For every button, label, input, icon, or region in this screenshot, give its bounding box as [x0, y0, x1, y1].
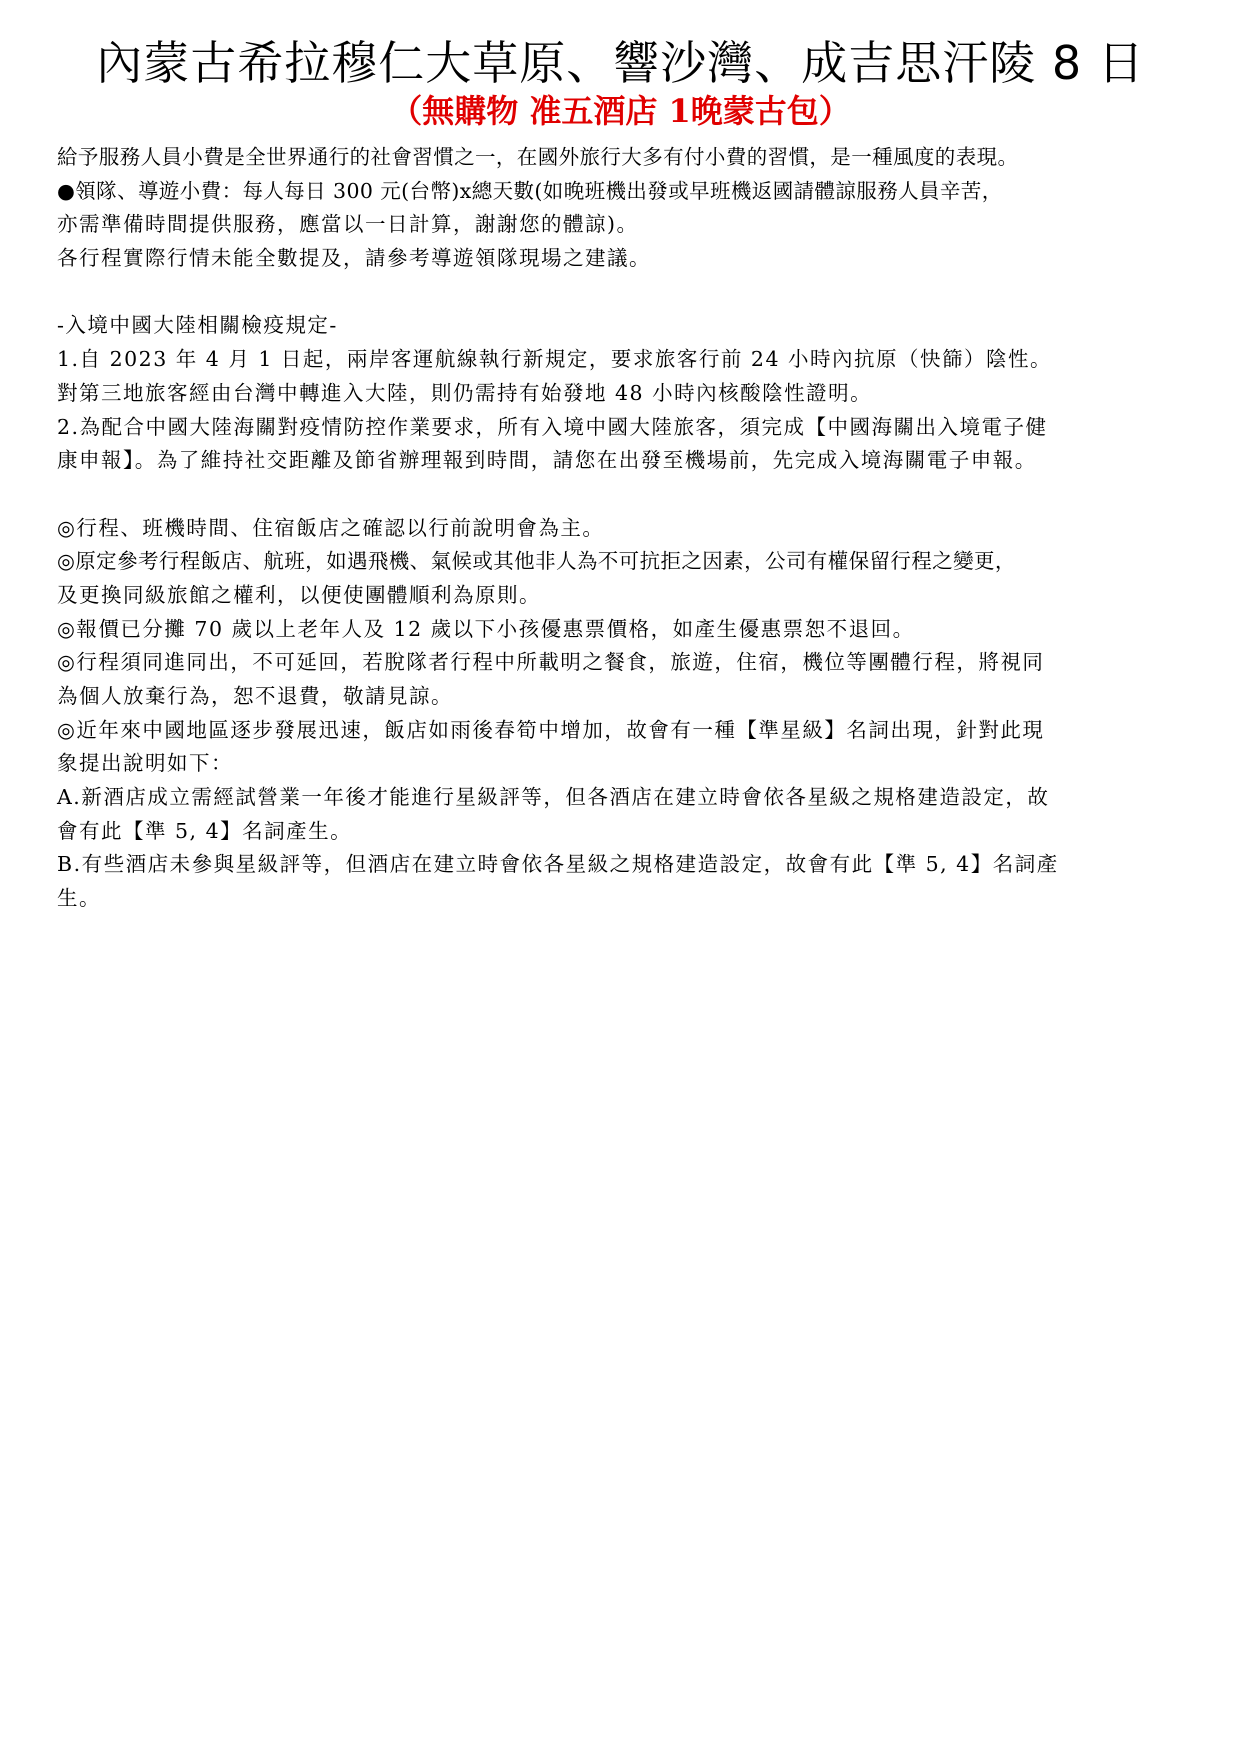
note-line: ◎行程須同進同出，不可延回，若脫隊者行程中所載明之餐食，旅遊，住宿，機位等團體行… — [57, 646, 1061, 680]
note-line: 生。 — [57, 882, 1061, 916]
document-body: 給予服務人員小費是全世界通行的社會習慣之一，在國外旅行大多有付小費的習慣，是一種… — [57, 141, 1061, 916]
tipping-line: 給予服務人員小費是全世界通行的社會習慣之一，在國外旅行大多有付小費的習慣，是一種… — [57, 141, 1061, 175]
note-line: 象提出說明如下： — [57, 747, 1061, 781]
tipping-line: 亦需準備時間提供服務，應當以一日計算，謝謝您的體諒)。 — [57, 208, 1061, 242]
note-line: 為個人放棄行為，恕不退費，敬請見諒。 — [57, 680, 1061, 714]
notes-section: ◎行程、班機時間、住宿飯店之確認以行前說明會為主。 ◎原定參考行程飯店、航班，如… — [57, 512, 1061, 916]
tipping-line: 各行程實際行情未能全數提及，請參考導遊領隊現場之建議。 — [57, 242, 1061, 276]
spacer — [57, 478, 1061, 512]
note-line: ◎原定參考行程飯店、航班，如遇飛機、氣候或其他非人為不可抗拒之因素，公司有權保留… — [57, 545, 1061, 579]
page-title: 內蒙古希拉穆仁大草原、響沙灣、成吉思汗陵 8 日 — [0, 36, 1241, 90]
note-line: ◎行程、班機時間、住宿飯店之確認以行前說明會為主。 — [57, 512, 1061, 546]
note-line: 及更換同級旅館之權利，以便使團體順利為原則。 — [57, 579, 1061, 613]
quarantine-line: 1.自 2023 年 4 月 1 日起，兩岸客運航線執行新規定，要求旅客行前 2… — [57, 343, 1061, 377]
quarantine-line: 康申報】。為了維持社交距離及節省辦理報到時間，請您在出發至機場前，先完成入境海關… — [57, 444, 1061, 478]
section-heading: -入境中國大陸相關檢疫規定- — [57, 309, 1061, 343]
quarantine-section: -入境中國大陸相關檢疫規定- 1.自 2023 年 4 月 1 日起，兩岸客運航… — [57, 309, 1061, 477]
note-line: B.有些酒店未參與星級評等，但酒店在建立時會依各星級之規格建造設定，故會有此【準… — [57, 848, 1061, 882]
spacer — [57, 276, 1061, 310]
tipping-line: ●領隊、導遊小費：每人每日 300 元(台幣)x總天數(如晚班機出發或早班機返國… — [57, 175, 1061, 209]
tipping-section: 給予服務人員小費是全世界通行的社會習慣之一，在國外旅行大多有付小費的習慣，是一種… — [57, 141, 1061, 276]
note-line: ◎近年來中國地區逐步發展迅速，飯店如雨後春筍中增加，故會有一種【準星級】名詞出現… — [57, 714, 1061, 748]
note-line: A.新酒店成立需經試營業一年後才能進行星級評等，但各酒店在建立時會依各星級之規格… — [57, 781, 1061, 815]
document-page: 內蒙古希拉穆仁大草原、響沙灣、成吉思汗陵 8 日 （無購物 准五酒店 1晚蒙古包… — [0, 0, 1241, 1755]
quarantine-line: 對第三地旅客經由台灣中轉進入大陸，則仍需持有始發地 48 小時內核酸陰性證明。 — [57, 377, 1061, 411]
note-line: 會有此【準 5, 4】名詞產生。 — [57, 815, 1061, 849]
page-subtitle: （無購物 准五酒店 1晚蒙古包） — [0, 92, 1241, 130]
quarantine-line: 2.為配合中國大陸海關對疫情防控作業要求，所有入境中國大陸旅客，須完成【中國海關… — [57, 411, 1061, 445]
note-line: ◎報價已分攤 70 歲以上老年人及 12 歲以下小孩優惠票價格，如產生優惠票恕不… — [57, 613, 1061, 647]
